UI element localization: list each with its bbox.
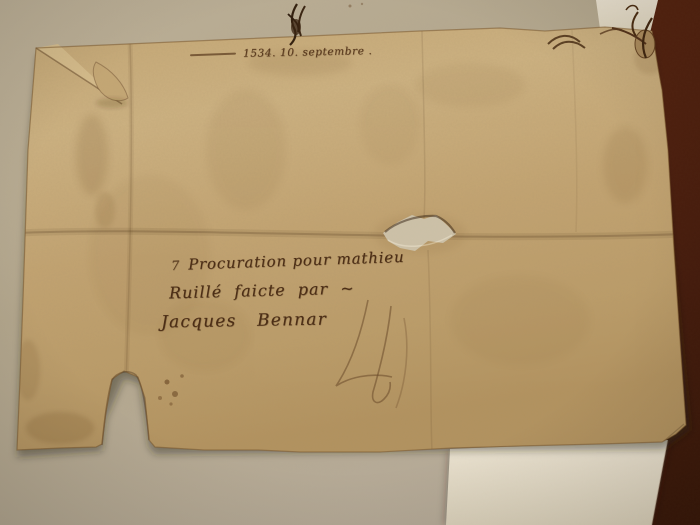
manuscript-line-3: Jacques Bennar [161,310,327,333]
archive-photo: 1534. 10. septembre . 7Procuration pour … [0,0,700,525]
pen-dash [190,53,236,57]
paragraph-mark: 7 [171,259,181,274]
